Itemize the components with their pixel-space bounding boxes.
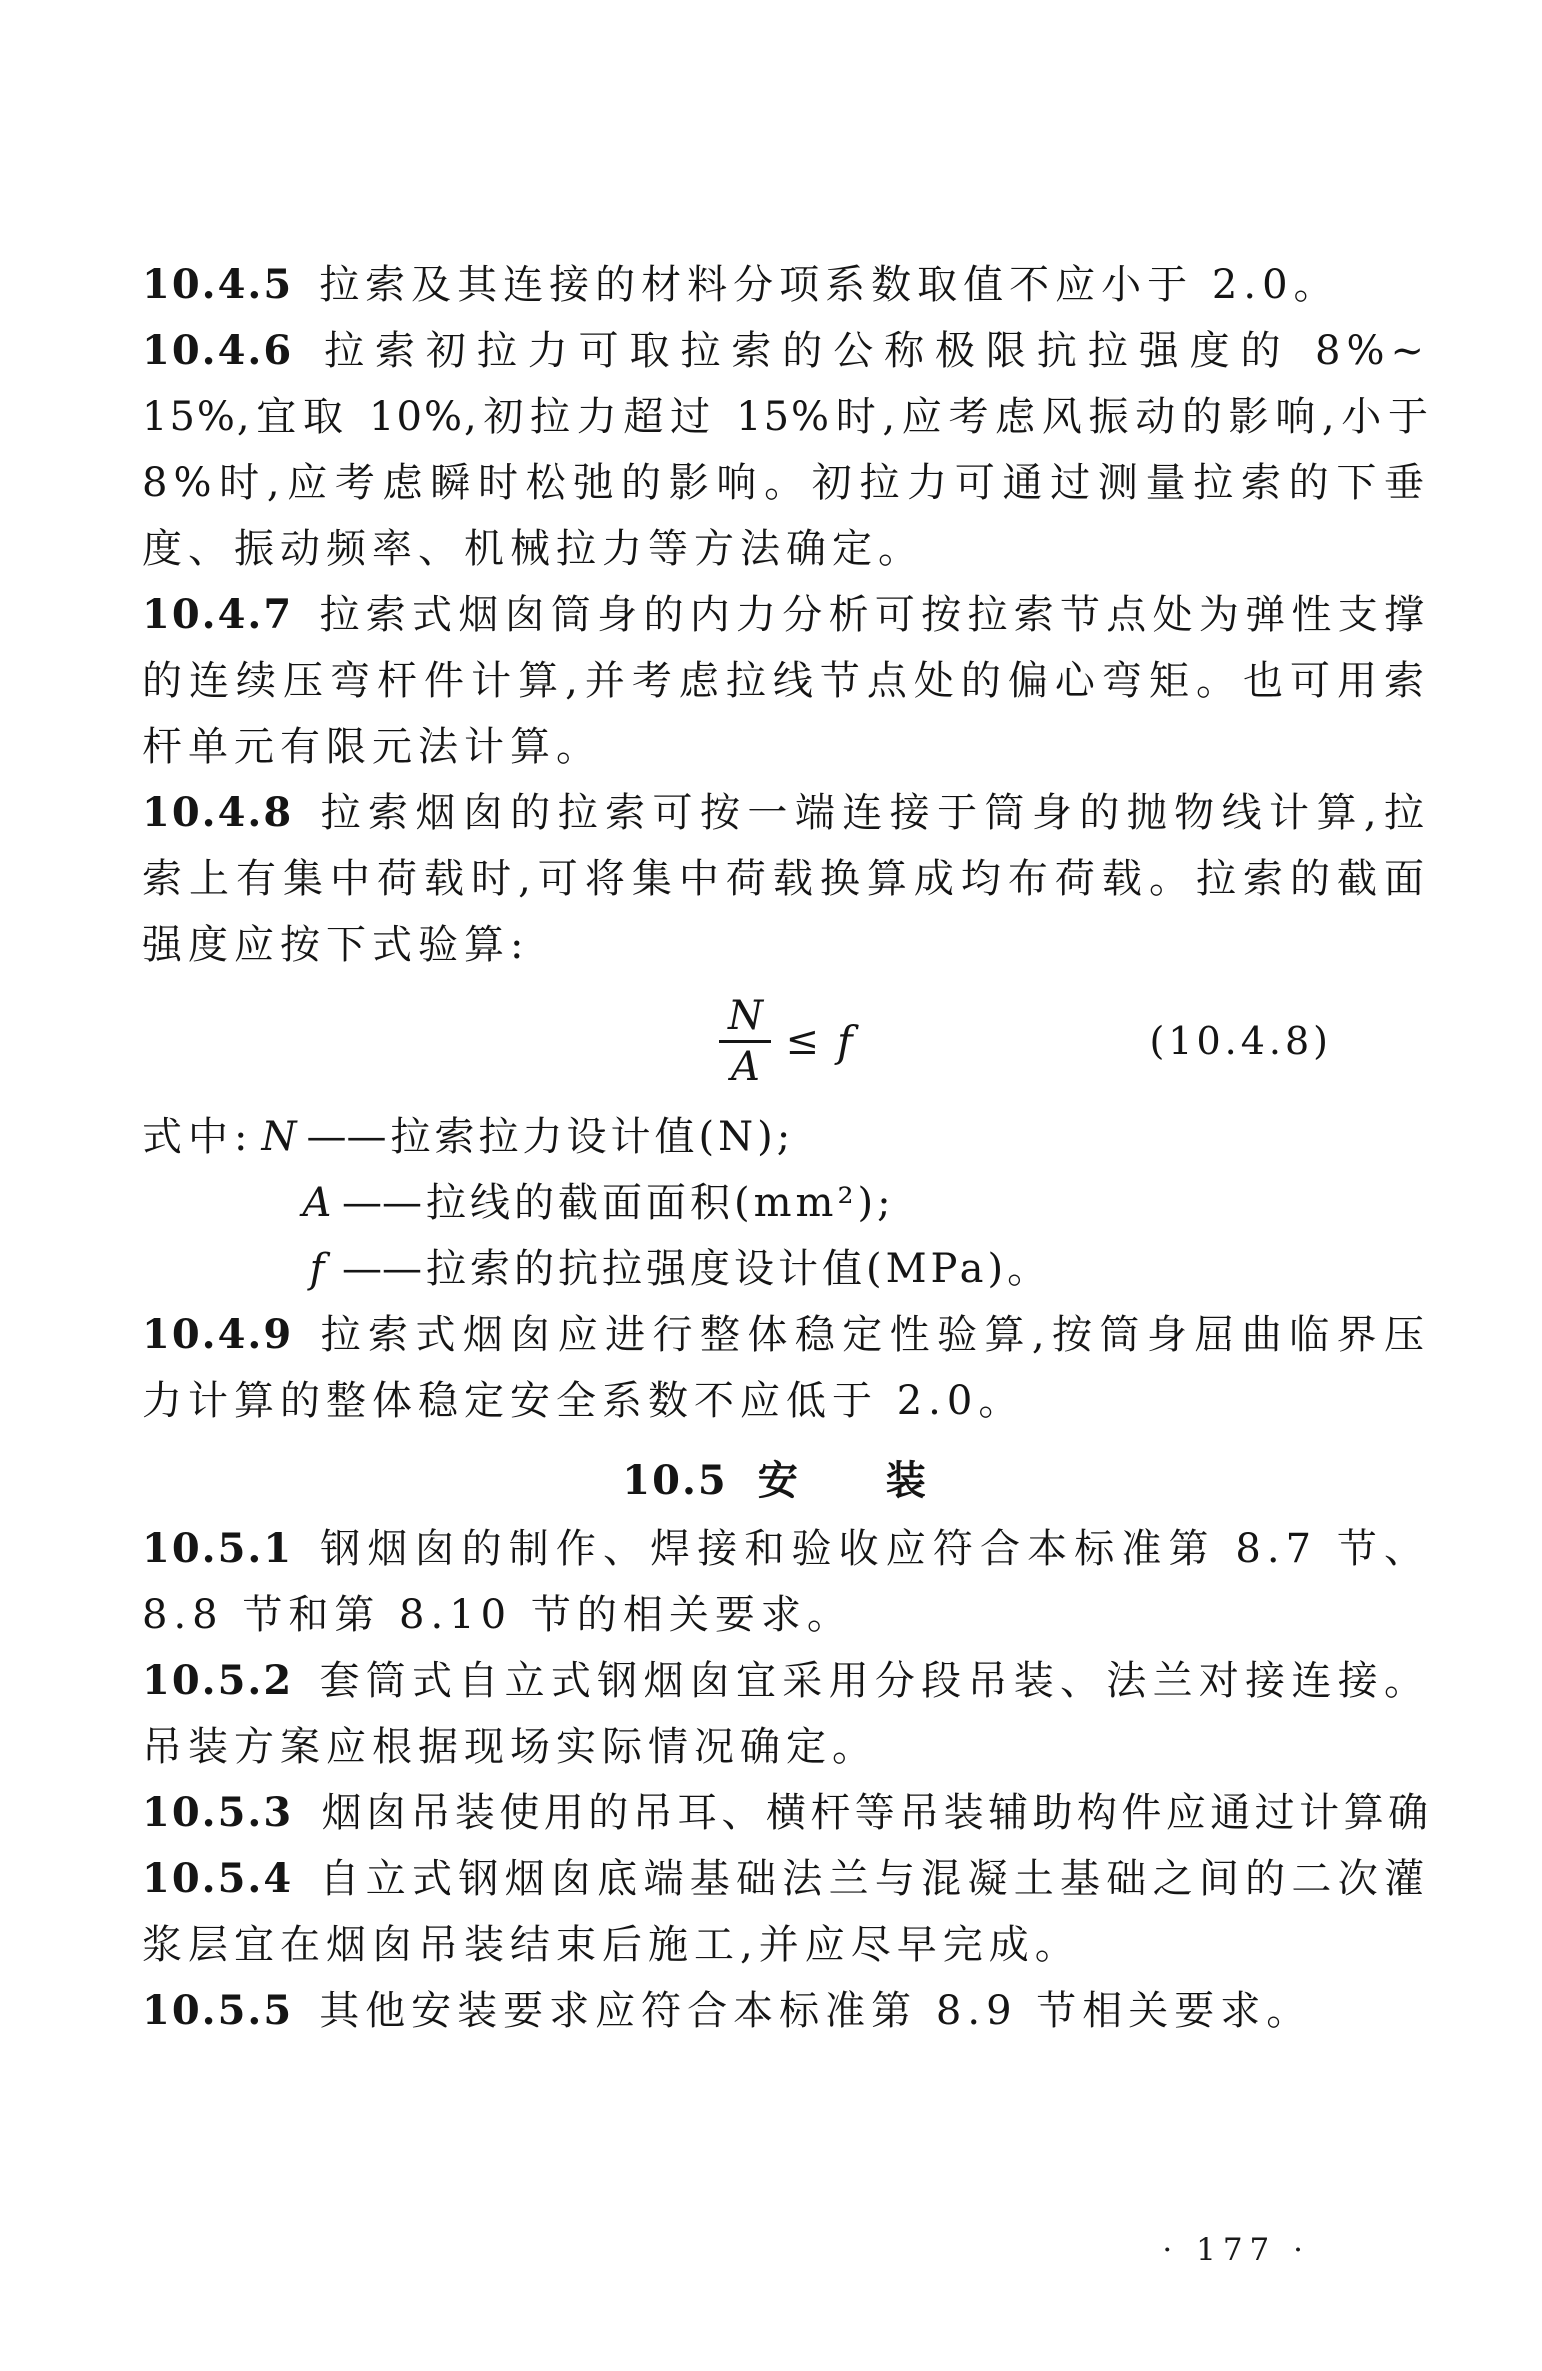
- clause-text: 8.8 节和第 8.10 节的相关要求。: [142, 1592, 853, 1638]
- fraction-bar: [719, 1040, 771, 1043]
- clause-text: 15%,宜取 10%,初拉力超过 15%时,应考虑风振动的影响,小于: [142, 394, 1430, 440]
- clause-text: 浆层宜在烟囱吊装结束后施工,并应尽早完成。: [142, 1922, 1081, 1968]
- where-definition: f——拉索的抗拉强度设计值(MPa)。: [142, 1236, 1430, 1302]
- clause-text: 自立式钢烟囱底端基础法兰与混凝土基础之间的二次灌: [319, 1856, 1430, 1902]
- clause-text: 强度应按下式验算:: [142, 922, 529, 968]
- clause-text: 拉索式烟囱筒身的内力分析可按拉索节点处为弹性支撑: [319, 592, 1430, 638]
- document-page: 10.4.5拉索及其连接的材料分项系数取值不应小于 2.0。 10.4.6拉索初…: [0, 0, 1542, 2371]
- formula-expression: N A ≤ f: [719, 995, 852, 1088]
- symbol-dash: ——: [306, 1114, 386, 1160]
- clause-number: 10.4.7: [142, 591, 293, 638]
- clause-text: 索上有集中荷载时,可将集中荷载换算成均布荷载。拉索的截面: [142, 856, 1430, 902]
- equation-number: (10.4.8): [1149, 1019, 1332, 1063]
- clause-number: 10.4.8: [142, 789, 293, 836]
- clause-line: 索上有集中荷载时,可将集中荷载换算成均布荷载。拉索的截面: [142, 846, 1430, 912]
- where-definition: 式中:N——拉索拉力设计值(N);: [142, 1104, 1430, 1170]
- clause-text: 拉索式烟囱应进行整体稳定性验算,按筒身屈曲临界压: [319, 1312, 1430, 1358]
- clause-line: 杆单元有限元法计算。: [142, 714, 1430, 780]
- symbol-dash: ——: [342, 1246, 422, 1292]
- clause-text: 度、振动频率、机械拉力等方法确定。: [142, 526, 924, 572]
- clause-text: 拉索烟囱的拉索可按一端连接于筒身的抛物线计算,拉: [319, 790, 1430, 836]
- clause-number: 10.4.9: [142, 1311, 293, 1358]
- clause-text: 杆单元有限元法计算。: [142, 724, 602, 770]
- var-symbol: f: [302, 1236, 336, 1302]
- clause-text: 的连续压弯杆件计算,并考虑拉线节点处的偏心弯矩。也可用索: [142, 658, 1430, 704]
- formula-denominator: A: [731, 1046, 760, 1088]
- page-number: · 177 ·: [1162, 2232, 1310, 2268]
- formula-rhs: f: [837, 1017, 853, 1066]
- clause-line: 10.4.5拉索及其连接的材料分项系数取值不应小于 2.0。: [142, 252, 1430, 318]
- clause-line: 的连续压弯杆件计算,并考虑拉线节点处的偏心弯矩。也可用索: [142, 648, 1430, 714]
- section-heading: 10.5安 装: [142, 1448, 1430, 1514]
- clause-text: 烟囱吊装使用的吊耳、横杆等吊装辅助构件应通过计算确定。: [142, 1790, 1430, 1846]
- clause-number: 10.4.5: [142, 261, 293, 308]
- symbol-desc: 拉线的截面面积(mm²);: [426, 1180, 895, 1226]
- section-title: 安 装: [758, 1457, 950, 1504]
- less-equal-sign: ≤: [785, 1018, 819, 1064]
- clause-line: 吊装方案应根据现场实际情况确定。: [142, 1714, 1430, 1780]
- clause-line: 10.5.4自立式钢烟囱底端基础法兰与混凝土基础之间的二次灌: [142, 1846, 1430, 1912]
- clause-text: 拉索及其连接的材料分项系数取值不应小于 2.0。: [319, 262, 1339, 308]
- clause-line: 10.5.3烟囱吊装使用的吊耳、横杆等吊装辅助构件应通过计算确定。: [142, 1780, 1430, 1846]
- clause-line: 8%时,应考虑瞬时松弛的影响。初拉力可通过测量拉索的下垂: [142, 450, 1430, 516]
- clause-number: 10.5.4: [142, 1855, 293, 1902]
- clause-line: 力计算的整体稳定安全系数不应低于 2.0。: [142, 1368, 1430, 1434]
- formula-10-4-8: N A ≤ f (10.4.8): [142, 978, 1430, 1104]
- symbol-desc: 拉索的抗拉强度设计值(MPa)。: [426, 1246, 1051, 1292]
- clause-number: 10.5.2: [142, 1657, 293, 1704]
- symbol-desc: 拉索拉力设计值(N);: [390, 1114, 794, 1160]
- clause-text: 其他安装要求应符合本标准第 8.9 节相关要求。: [319, 1988, 1312, 2034]
- clause-line: 强度应按下式验算:: [142, 912, 1430, 978]
- clause-line: 10.5.2套筒式自立式钢烟囱宜采用分段吊装、法兰对接连接。: [142, 1648, 1430, 1714]
- var-symbol: A: [302, 1170, 336, 1236]
- symbol-dash: ——: [342, 1180, 422, 1226]
- section-number: 10.5: [622, 1457, 727, 1504]
- clause-line: 10.4.8拉索烟囱的拉索可按一端连接于筒身的抛物线计算,拉: [142, 780, 1430, 846]
- clause-text: 拉索初拉力可取拉索的公称极限抗拉强度的 8%~: [319, 328, 1430, 374]
- clause-line: 15%,宜取 10%,初拉力超过 15%时,应考虑风振动的影响,小于: [142, 384, 1430, 450]
- clause-text: 吊装方案应根据现场实际情况确定。: [142, 1724, 878, 1770]
- clause-text: 8%时,应考虑瞬时松弛的影响。初拉力可通过测量拉索的下垂: [142, 460, 1430, 506]
- clause-number: 10.5.3: [142, 1789, 293, 1836]
- formula-numerator: N: [728, 995, 763, 1037]
- formula-fraction: N A: [719, 995, 771, 1088]
- clause-line: 10.4.9拉索式烟囱应进行整体稳定性验算,按筒身屈曲临界压: [142, 1302, 1430, 1368]
- clause-line: 10.4.6拉索初拉力可取拉索的公称极限抗拉强度的 8%~: [142, 318, 1430, 384]
- where-prefix: 式中:: [142, 1114, 253, 1160]
- clause-line: 度、振动频率、机械拉力等方法确定。: [142, 516, 1430, 582]
- clause-text: 力计算的整体稳定安全系数不应低于 2.0。: [142, 1378, 1024, 1424]
- clause-number: 10.5.5: [142, 1987, 293, 2034]
- clause-line: 10.5.5其他安装要求应符合本标准第 8.9 节相关要求。: [142, 1978, 1430, 2044]
- clause-number: 10.4.6: [142, 327, 293, 374]
- clause-text: 套筒式自立式钢烟囱宜采用分段吊装、法兰对接连接。: [319, 1658, 1430, 1704]
- clause-line: 10.4.7拉索式烟囱筒身的内力分析可按拉索节点处为弹性支撑: [142, 582, 1430, 648]
- clause-line: 8.8 节和第 8.10 节的相关要求。: [142, 1582, 1430, 1648]
- clause-number: 10.5.1: [142, 1525, 293, 1572]
- clause-line: 浆层宜在烟囱吊装结束后施工,并应尽早完成。: [142, 1912, 1430, 1978]
- clause-line: 10.5.1钢烟囱的制作、焊接和验收应符合本标准第 8.7 节、第: [142, 1516, 1430, 1582]
- clause-text: 钢烟囱的制作、焊接和验收应符合本标准第 8.7 节、第: [142, 1526, 1430, 1582]
- where-definition: A——拉线的截面面积(mm²);: [142, 1170, 1430, 1236]
- var-symbol: N: [261, 1104, 300, 1170]
- page-content: 10.4.5拉索及其连接的材料分项系数取值不应小于 2.0。 10.4.6拉索初…: [142, 252, 1430, 2044]
